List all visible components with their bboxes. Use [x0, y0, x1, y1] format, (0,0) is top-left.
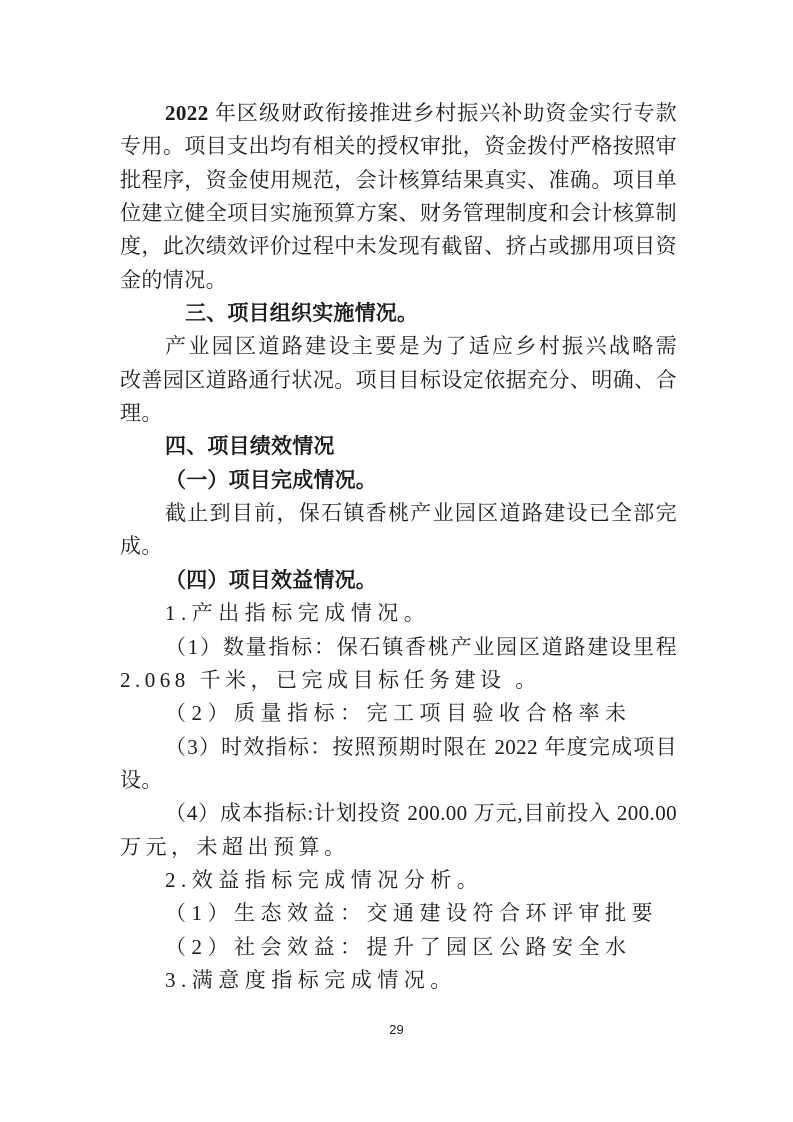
heading-section-three: 三、项目组织实施情况。 — [120, 297, 677, 330]
body-line: 3.满意度指标完成情况。 — [120, 964, 677, 997]
body-line: （2）质量指标：完工项目验收合格率未 100%。 — [120, 697, 677, 730]
body-line: 截止到目前，保石镇香桃产业园区道路建设已全部完 — [120, 497, 677, 530]
body-line: 2.068 千米，已完成目标任务建设 。 — [120, 664, 677, 697]
body-line: 理。 — [120, 397, 677, 430]
body-line: 1.产出指标完成情况。 — [120, 597, 677, 630]
heading-section-four: 四、项目绩效情况 — [120, 430, 677, 463]
heading-subsection-four: （四）项目效益情况。 — [120, 564, 677, 597]
document-page: 2022 年区级财政衔接推进乡村振兴补助资金实行专款 专用。项目支出均有相关的授… — [0, 0, 793, 1122]
body-line: （1）数量指标：保石镇香桃产业园区道路建设里程 — [120, 631, 677, 664]
body-line: 成。 — [120, 530, 677, 563]
body-line: （3）时效指标：按照预期时限在 2022 年度完成项目建 — [120, 731, 677, 764]
body-line: 万元，未超出预算。 — [120, 831, 677, 864]
body-line: 2022 年区级财政衔接推进乡村振兴补助资金实行专款 — [120, 97, 677, 130]
body-line: （4）成本指标:计划投资 200.00 万元,目前投入 200.00 — [120, 797, 677, 830]
body-line: 度，此次绩效评价过程中未发现有截留、挤占或挪用项目资 — [120, 230, 677, 263]
heading-subsection-one: （一）项目完成情况。 — [120, 464, 677, 497]
body-line: 设。 — [120, 764, 677, 797]
body-line: （2）社会效益：提升了园区公路安全水平。 — [120, 931, 677, 964]
body-line: 2.效益指标完成情况分析。 — [120, 864, 677, 897]
body-line: 位建立健全项目实施预算方案、财务管理制度和会计核算制 — [120, 197, 677, 230]
document-body: 2022 年区级财政衔接推进乡村振兴补助资金实行专款 专用。项目支出均有相关的授… — [120, 97, 677, 997]
page-number: 29 — [0, 1022, 793, 1037]
year-number: 2022 — [165, 101, 209, 125]
body-line: 金的情况。 — [120, 264, 677, 297]
body-line-text: 年区级财政衔接推进乡村振兴补助资金实行专款 — [209, 101, 677, 125]
body-line: （1）生态效益：交通建设符合环评审批要求。 — [120, 897, 677, 930]
body-line: 专用。项目支出均有相关的授权审批，资金拨付严格按照审 — [120, 130, 677, 163]
body-line: 产业园区道路建设主要是为了适应乡村振兴战略需要， — [120, 330, 677, 363]
body-line: 批程序，资金使用规范，会计核算结果真实、准确。项目单 — [120, 164, 677, 197]
body-line: 改善园区道路通行状况。项目目标设定依据充分、明确、合 — [120, 364, 677, 397]
